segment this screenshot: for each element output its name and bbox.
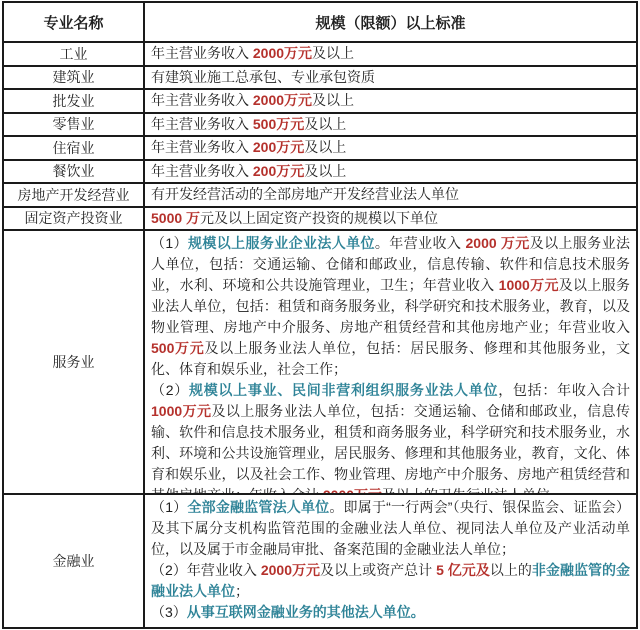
- retail-standard-paragraph: 年主营业务收入 500万元及以上: [151, 114, 630, 135]
- services-name-cell: 服务业: [4, 231, 143, 493]
- body-text: 以上的: [490, 562, 532, 578]
- body-text: 及以上: [312, 92, 354, 108]
- table-row-finance: 金融业（1）全部金融监管法人单位。即属于“一行两会”（央行、银保监会、证监会）及…: [4, 495, 636, 627]
- highlight-teal-text: 规模以上事业、民间非营利组织服务业法人单位: [189, 382, 498, 398]
- table-row-fixed-asset-investment: 固定资产投资业5000 万元及以上固定资产投资的规模以下单位: [4, 208, 636, 232]
- accommodation-standard-cell: 年主营业务收入 200万元及以上: [143, 137, 636, 159]
- highlight-red-text: 2000万元: [253, 92, 312, 108]
- body-text: 年主营业务收入: [151, 45, 253, 61]
- body-text: 及以上: [304, 163, 346, 179]
- catering-standard-cell: 年主营业务收入 200万元及以上: [143, 161, 636, 183]
- highlight-red-text: 2000万元: [323, 487, 382, 493]
- body-text: ，包括：年收入合计: [498, 382, 630, 398]
- table-header-row: 专业名称 规模（限额）以上标准: [4, 3, 636, 43]
- table-row-services: 服务业（1）规模以上服务业企业法人单位。年营业收入 2000 万元及以上服务业法…: [4, 231, 636, 495]
- body-text: （2）: [151, 382, 189, 398]
- body-text: 及以上的卫生行业法人单位。: [382, 487, 564, 493]
- body-text: 及以上: [312, 45, 354, 61]
- table-row-catering: 餐饮业年主营业务收入 200万元及以上: [4, 161, 636, 185]
- highlight-red-text: 5 亿元及: [436, 562, 490, 578]
- body-text: 及以上服务业法人单位，包括：居民服务、修理和其他服务业，文化、体育和娱乐业，社会…: [151, 340, 630, 377]
- body-text: ；: [235, 583, 249, 599]
- catering-standard-paragraph: 年主营业务收入 200万元及以上: [151, 161, 630, 182]
- body-text: 年主营业务收入: [151, 163, 253, 179]
- retail-name-cell: 零售业: [4, 114, 143, 136]
- highlight-red-text: 1000万元: [151, 403, 211, 419]
- body-text: （1）: [151, 235, 188, 251]
- real-estate-name-cell: 房地产开发经营业: [4, 184, 143, 206]
- body-text: 有开发经营活动的全部房地产开发经营业法人单位: [151, 186, 459, 202]
- services-standard-cell: （1）规模以上服务业企业法人单位。年营业收入 2000 万元及以上服务业法人单位…: [143, 231, 636, 493]
- services-standard-paragraph: （1）规模以上服务业企业法人单位。年营业收入 2000 万元及以上服务业法人单位…: [151, 233, 630, 380]
- construction-name-cell: 建筑业: [4, 67, 143, 89]
- finance-standard-cell: （1）全部金融监管法人单位。即属于“一行两会”（央行、银保监会、证监会）及其下属…: [143, 495, 636, 627]
- industry-standard-cell: 年主营业务收入 2000万元及以上: [143, 43, 636, 65]
- wholesale-standard-paragraph: 年主营业务收入 2000万元及以上: [151, 90, 630, 111]
- body-text: 元及以上固定资产投资的规模以下单位: [200, 210, 438, 226]
- highlight-red-text: 500万元: [253, 116, 304, 132]
- industry-standard-paragraph: 年主营业务收入 2000万元及以上: [151, 43, 630, 64]
- table-row-real-estate: 房地产开发经营业有开发经营活动的全部房地产开发经营业法人单位: [4, 184, 636, 208]
- highlight-red-text: 2000万元: [261, 562, 320, 578]
- highlight-teal-text: 从事互联网金融业务的其他法人单位。: [187, 604, 425, 620]
- wholesale-name-cell: 批发业: [4, 90, 143, 112]
- body-text: （1）: [151, 499, 187, 515]
- industry-name-cell: 工业: [4, 43, 143, 65]
- highlight-red-text: 200万元: [253, 139, 304, 155]
- highlight-red-text: 1000万元: [499, 277, 559, 293]
- accommodation-standard-paragraph: 年主营业务收入 200万元及以上: [151, 137, 630, 158]
- retail-standard-cell: 年主营业务收入 500万元及以上: [143, 114, 636, 136]
- finance-name-cell: 金融业: [4, 495, 143, 627]
- body-text: 及以上服务业法人单位，包括：交通运输、仓储和邮政业，信息传输、软件和信息技术服务…: [151, 403, 630, 493]
- highlight-red-text: 2000 万元: [466, 235, 530, 251]
- construction-standard-paragraph: 有建筑业施工总承包、专业承包资质: [151, 67, 630, 88]
- column-header-standard: 规模（限额）以上标准: [143, 3, 636, 41]
- body-text: 有建筑业施工总承包、专业承包资质: [151, 69, 375, 85]
- highlight-red-text: 5000 万: [151, 210, 200, 226]
- fixed-asset-investment-standard-cell: 5000 万元及以上固定资产投资的规模以下单位: [143, 208, 636, 230]
- highlight-red-text: 200万元: [253, 163, 304, 179]
- highlight-teal-text: 全部金融监管法人单位: [187, 499, 329, 515]
- highlight-teal-text: 规模以上服务业企业法人单位: [188, 235, 375, 251]
- body-text: 及以上或资产总计: [320, 562, 436, 578]
- body-text: （2）年营业收入: [151, 562, 261, 578]
- body-text: 年主营业务收入: [151, 116, 253, 132]
- table-row-retail: 零售业年主营业务收入 500万元及以上: [4, 114, 636, 138]
- body-text: 及以上: [304, 116, 346, 132]
- body-text: 年主营业务收入: [151, 92, 253, 108]
- fixed-asset-investment-name-cell: 固定资产投资业: [4, 208, 143, 230]
- catering-name-cell: 餐饮业: [4, 161, 143, 183]
- body-text: 及以上: [304, 139, 346, 155]
- highlight-red-text: 2000万元: [253, 45, 312, 61]
- wholesale-standard-cell: 年主营业务收入 2000万元及以上: [143, 90, 636, 112]
- table-row-accommodation: 住宿业年主营业务收入 200万元及以上: [4, 137, 636, 161]
- table-row-wholesale: 批发业年主营业务收入 2000万元及以上: [4, 90, 636, 114]
- body-text: （3）: [151, 604, 187, 620]
- real-estate-standard-cell: 有开发经营活动的全部房地产开发经营业法人单位: [143, 184, 636, 206]
- finance-standard-paragraph: （1）全部金融监管法人单位。即属于“一行两会”（央行、银保监会、证监会）及其下属…: [151, 497, 630, 560]
- real-estate-standard-paragraph: 有开发经营活动的全部房地产开发经营业法人单位: [151, 184, 630, 205]
- column-header-industry-name: 专业名称: [4, 3, 143, 41]
- table-row-construction: 建筑业有建筑业施工总承包、专业承包资质: [4, 67, 636, 91]
- construction-standard-cell: 有建筑业施工总承包、专业承包资质: [143, 67, 636, 89]
- highlight-red-text: 500万元: [151, 340, 204, 356]
- accommodation-name-cell: 住宿业: [4, 137, 143, 159]
- industry-standards-table: 专业名称 规模（限额）以上标准 工业年主营业务收入 2000万元及以上建筑业有建…: [2, 1, 638, 629]
- finance-standard-paragraph: （2）年营业收入 2000万元及以上或资产总计 5 亿元及以上的非金融监管的金融…: [151, 560, 630, 602]
- table-row-industry: 工业年主营业务收入 2000万元及以上: [4, 43, 636, 67]
- services-standard-paragraph: （2）规模以上事业、民间非营利组织服务业法人单位，包括：年收入合计 1000万元…: [151, 380, 630, 493]
- fixed-asset-investment-standard-paragraph: 5000 万元及以上固定资产投资的规模以下单位: [151, 208, 630, 229]
- finance-standard-paragraph: （3）从事互联网金融业务的其他法人单位。: [151, 602, 630, 623]
- body-text: 。年营业收入: [375, 235, 466, 251]
- body-text: 年主营业务收入: [151, 139, 253, 155]
